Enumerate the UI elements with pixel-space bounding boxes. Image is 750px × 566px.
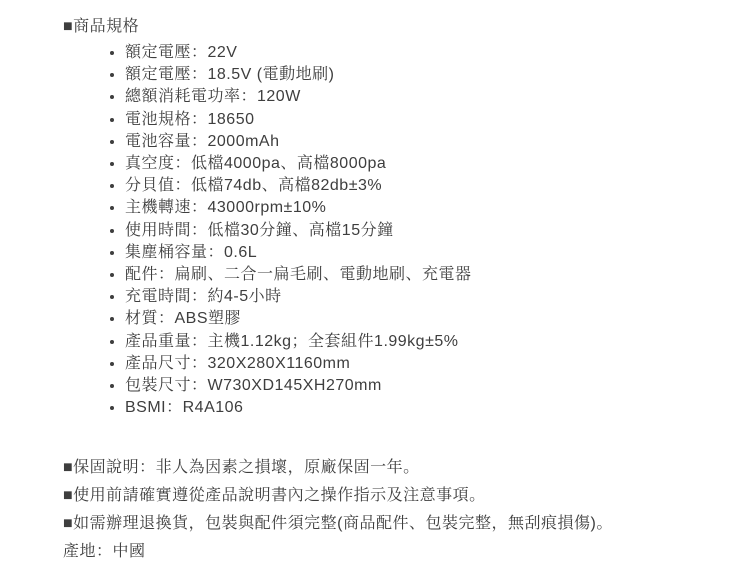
product-description-section: ■商品規格 額定電壓：22V 額定電壓：18.5V (電動地刷) 總額消耗電功率… (0, 0, 750, 563)
note-usage: ■使用前請確實遵從產品說明書內之操作指示及注意事項。 (63, 485, 710, 507)
spec-item: 額定電壓：22V (125, 42, 710, 64)
spec-item: BSMI：R4A106 (125, 397, 710, 419)
spec-item: 材質：ABS塑膠 (125, 308, 710, 330)
note-warranty: ■保固說明：非人為因素之損壞，原廠保固一年。 (63, 457, 710, 479)
spec-item: 使用時間：低檔30分鐘、高檔15分鐘 (125, 220, 710, 242)
spec-item: 產品重量：主機1.12kg；全套組件1.99kg±5% (125, 331, 710, 353)
spec-item: 配件：扁刷、二合一扁毛刷、電動地刷、充電器 (125, 264, 710, 286)
spec-item: 集塵桶容量：0.6L (125, 242, 710, 264)
note-return: ■如需辦理退換貨，包裝與配件須完整(商品配件、包裝完整，無刮痕損傷)。 (63, 513, 710, 535)
spec-item: 主機轉速：43000rpm±10% (125, 197, 710, 219)
origin-line: 產地：中國 (63, 541, 710, 563)
spec-item: 額定電壓：18.5V (電動地刷) (125, 64, 710, 86)
notes-section: ■保固說明：非人為因素之損壞，原廠保固一年。 ■使用前請確實遵從產品說明書內之操… (63, 457, 710, 563)
spec-list: 額定電壓：22V 額定電壓：18.5V (電動地刷) 總額消耗電功率：120W … (63, 42, 710, 419)
spec-item: 充電時間：約4-5小時 (125, 286, 710, 308)
spec-item: 產品尺寸：320X280X1160mm (125, 353, 710, 375)
spec-item: 電池規格：18650 (125, 109, 710, 131)
spec-item: 分貝值：低檔74db、高檔82db±3% (125, 175, 710, 197)
spec-item: 總額消耗電功率：120W (125, 86, 710, 108)
spec-item: 電池容量：2000mAh (125, 131, 710, 153)
spec-section-title: ■商品規格 (63, 15, 710, 38)
spec-item: 真空度：低檔4000pa、高檔8000pa (125, 153, 710, 175)
spec-item: 包裝尺寸：W730XD145XH270mm (125, 375, 710, 397)
